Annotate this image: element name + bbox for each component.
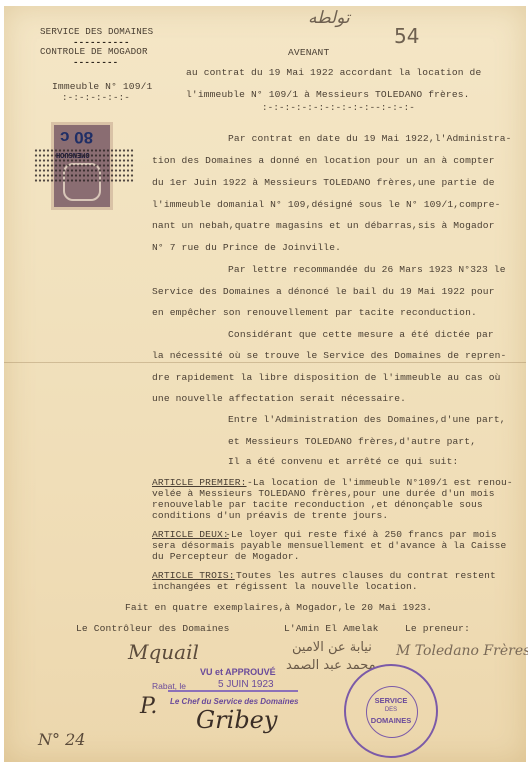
amin-signature-line1: نيابة عن الامين bbox=[292, 640, 372, 655]
article-1-label: ARTICLE PREMIER: bbox=[152, 477, 247, 488]
parties-line2: et Messieurs TOLEDANO frères,d'autre par… bbox=[228, 436, 476, 447]
article-3-line1: Toutes les autres clauses du contrat res… bbox=[236, 570, 496, 581]
para1-line4: l'immeuble domanial N° 109,désigné sous … bbox=[152, 199, 501, 210]
approval-role: Le Chef du Service des Domaines bbox=[170, 697, 299, 706]
parties-line1: Entre l'Administration des Domaines,d'un… bbox=[228, 414, 506, 425]
closing-line: Fait en quatre exemplaires,à Mogador,le … bbox=[125, 602, 432, 613]
para3-line2: la nécessité où se trouve le Service des… bbox=[152, 350, 506, 361]
perforation-pattern bbox=[34, 148, 134, 182]
handwritten-reference-number: N° 24 bbox=[38, 730, 85, 749]
immeuble-number: Immeuble N° 109/1 bbox=[52, 81, 152, 92]
amin-label: L'Amin El Amelak bbox=[284, 623, 379, 634]
seal-line-1: SERVICE bbox=[346, 696, 436, 705]
para1-line5: nant un nebah,quatre magasins et un déba… bbox=[152, 220, 495, 231]
parties-line3: Il a été convenu et arrêté ce qui suit: bbox=[228, 456, 458, 467]
approval-date: 5 JUIN 1923 bbox=[218, 679, 274, 690]
article-3-label: ARTICLE TROIS: bbox=[152, 570, 235, 581]
handwritten-arabic-note: تولطه bbox=[308, 8, 350, 28]
approval-title: VU et APPROUVÉ bbox=[200, 667, 276, 677]
para1-line1: Par contrat en date du 19 Mai 1922,l'Adm… bbox=[228, 133, 512, 144]
service-domaines-seal: SERVICE DES DOMAINES bbox=[344, 664, 438, 758]
article-2-line3: du Percepteur de Mogador. bbox=[152, 551, 300, 562]
handwritten-page-number: 54 bbox=[394, 24, 419, 48]
para3-line3: dre rapidement la libre disposition de l… bbox=[152, 372, 501, 383]
seal-line-2: DES bbox=[346, 707, 436, 713]
article-1-line3: renouvelable par tacite reconduction ,et… bbox=[152, 499, 483, 510]
preneur-signature: M Toledano Frères bbox=[396, 643, 528, 659]
approval-underline bbox=[168, 690, 298, 692]
subtitle-line-2: l'immeuble N° 109/1 à Messieurs TOLEDANO… bbox=[186, 89, 470, 100]
para3-line1: Considérant que cette mesure a été dicté… bbox=[228, 329, 494, 340]
subtitle-rule: :-:-:-:-:-:-:-:-:-:--:-:-:- bbox=[262, 102, 415, 113]
document-title: AVENANT bbox=[288, 47, 329, 58]
article-2-label: ARTICLE DEUX: bbox=[152, 529, 229, 540]
para2-line1: Par lettre recommandée du 26 Mars 1923 N… bbox=[228, 264, 506, 275]
service-heading: SERVICE DES DOMAINES bbox=[40, 26, 153, 37]
amin-signature-line2: محمد عبد الصمد bbox=[286, 658, 376, 673]
immeuble-rule: :-:-:-:-:-:- bbox=[62, 92, 130, 103]
para1-line3: du 1er Juin 1922 à Messieurs TOLEDANO fr… bbox=[152, 177, 495, 188]
subtitle-line-1: au contrat du 19 Mai 1922 accordant la l… bbox=[186, 67, 481, 78]
para2-line3: en empêcher son renouvellement par tacit… bbox=[152, 307, 477, 318]
controle-heading: CONTROLE DE MOGADOR bbox=[40, 46, 148, 57]
para3-line4: une nouvelle affectation serait nécessai… bbox=[152, 393, 406, 404]
para2-line2: Service des Domaines a dénoncé le bail d… bbox=[152, 286, 495, 297]
header-rule-2: -------- bbox=[73, 57, 118, 68]
chef-signature: Gribey bbox=[196, 706, 277, 734]
preneur-label: Le preneur: bbox=[405, 623, 470, 634]
initial-p: P. bbox=[140, 694, 157, 719]
article-3-line2: inchangées et régissent la nouvelle loca… bbox=[152, 581, 418, 592]
article-1-line2: velée à Messieurs TOLEDANO frères,pour u… bbox=[152, 488, 495, 499]
fold-line bbox=[4, 362, 526, 363]
article-1-line4: conditions d'un préavis de trente jours. bbox=[152, 510, 388, 521]
article-1-line1: -La location de l'immeuble N°109/1 est r… bbox=[247, 477, 513, 488]
para1-line2: tion des Domaines a donné en location po… bbox=[152, 155, 495, 166]
stamp-value: 80 c bbox=[60, 127, 93, 147]
seal-line-3: DOMAINES bbox=[346, 716, 436, 725]
para1-line6: N° 7 rue du Prince de Joinville. bbox=[152, 242, 341, 253]
article-2-line1: -Le loyer qui reste fixé à 250 francs pa… bbox=[225, 529, 497, 540]
controleur-label: Le Contrôleur des Domaines bbox=[76, 623, 230, 634]
controleur-signature: Mquail bbox=[128, 640, 199, 664]
article-2-line2: sera désormais payable mensuellement et … bbox=[152, 540, 506, 551]
